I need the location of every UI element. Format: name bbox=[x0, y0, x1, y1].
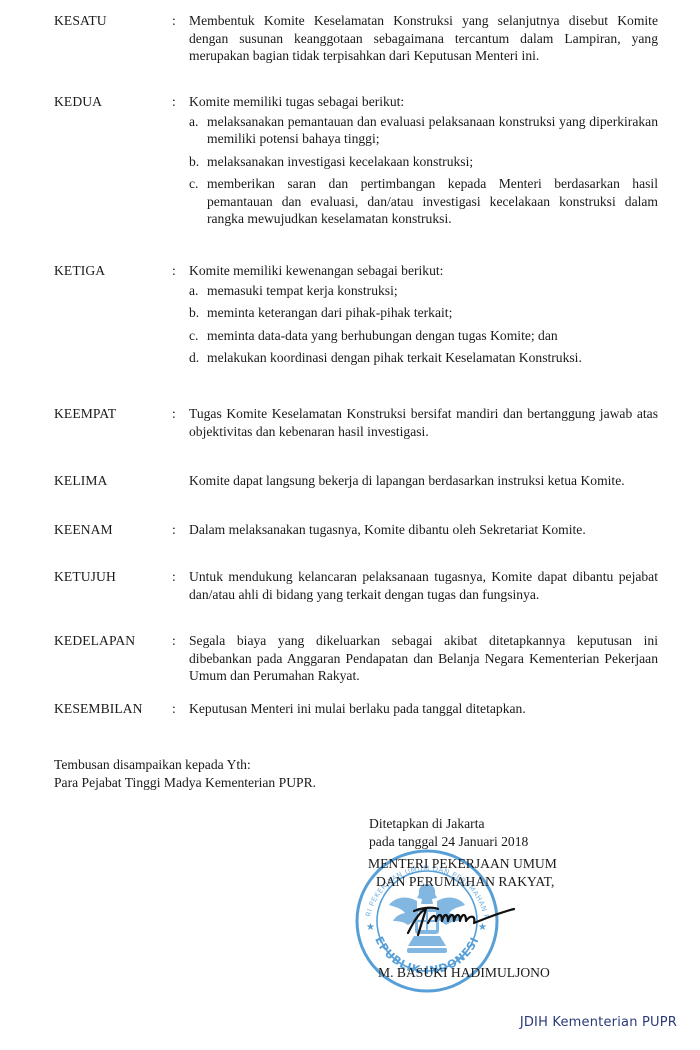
signatory-title-line2: DAN PERUMAHAN RAKYAT, bbox=[376, 873, 554, 891]
list-item-text: melaksanakan investigasi kecelakaan kons… bbox=[207, 154, 473, 169]
article-text: Untuk mendukung kelancaran pelaksanaan t… bbox=[189, 568, 658, 603]
article-body: Untuk mendukung kelancaran pelaksanaan t… bbox=[189, 568, 658, 603]
article-body: Membentuk Komite Keselamatan Konstruksi … bbox=[189, 12, 658, 65]
article-label: KETUJUH bbox=[54, 568, 164, 586]
article-colon: : bbox=[172, 568, 182, 586]
article-text: Komite dapat langsung bekerja di lapanga… bbox=[189, 472, 658, 490]
list-item: a.memasuki tempat kerja konstruksi; bbox=[189, 282, 658, 300]
article-body: Komite memiliki tugas sebagai berikut:a.… bbox=[189, 93, 658, 233]
article-colon: : bbox=[172, 93, 182, 111]
list-marker: c. bbox=[189, 327, 198, 345]
list-item-text: memberikan saran dan pertimbangan kepada… bbox=[207, 176, 658, 226]
signatory-title-line1: MENTERI PEKERJAAN UMUM bbox=[368, 855, 557, 873]
article-body: Dalam melaksanakan tugasnya, Komite diba… bbox=[189, 521, 658, 539]
list-item: b.meminta keterangan dari pihak-pihak te… bbox=[189, 304, 658, 322]
place-of-enactment: Ditetapkan di Jakarta bbox=[369, 815, 485, 833]
article-label: KELIMA bbox=[54, 472, 164, 490]
article-text: Segala biaya yang dikeluarkan sebagai ak… bbox=[189, 632, 658, 685]
signatory-name: M. BASUKI HADIMULJONO bbox=[378, 964, 550, 982]
list-item: c.memberikan saran dan pertimbangan kepa… bbox=[189, 175, 658, 228]
list-marker: b. bbox=[189, 153, 199, 171]
article-label: KEENAM bbox=[54, 521, 164, 539]
tembusan-recipient: Para Pejabat Tinggi Madya Kementerian PU… bbox=[54, 774, 316, 792]
article-text: Komite memiliki kewenangan sebagai berik… bbox=[189, 262, 658, 280]
article-colon: : bbox=[172, 405, 182, 423]
article-text: Tugas Komite Keselamatan Konstruksi bers… bbox=[189, 405, 658, 440]
article-text: Dalam melaksanakan tugasnya, Komite diba… bbox=[189, 521, 658, 539]
article-body: Komite dapat langsung bekerja di lapanga… bbox=[189, 472, 658, 490]
article-colon: : bbox=[172, 521, 182, 539]
list-marker: b. bbox=[189, 304, 199, 322]
article-items: a.melaksanakan pemantauan dan evaluasi p… bbox=[189, 113, 658, 228]
list-item-text: memasuki tempat kerja konstruksi; bbox=[207, 283, 398, 298]
list-item-text: melakukan koordinasi dengan pihak terkai… bbox=[207, 350, 582, 365]
tembusan-heading: Tembusan disampaikan kepada Yth: bbox=[54, 756, 251, 774]
article-colon: : bbox=[172, 632, 182, 650]
article-body: Tugas Komite Keselamatan Konstruksi bers… bbox=[189, 405, 658, 440]
svg-text:★: ★ bbox=[366, 922, 375, 933]
list-item-text: meminta keterangan dari pihak-pihak terk… bbox=[207, 305, 452, 320]
article-items: a.memasuki tempat kerja konstruksi;b.mem… bbox=[189, 282, 658, 367]
article-body: Keputusan Menteri ini mulai berlaku pada… bbox=[189, 700, 658, 718]
article-text: Komite memiliki tugas sebagai berikut: bbox=[189, 93, 658, 111]
article-text: Membentuk Komite Keselamatan Konstruksi … bbox=[189, 12, 658, 65]
article-colon: : bbox=[172, 700, 182, 718]
article-colon: : bbox=[172, 262, 182, 280]
list-marker: d. bbox=[189, 349, 199, 367]
article-label: KESEMBILAN bbox=[54, 700, 164, 718]
article-body: Komite memiliki kewenangan sebagai berik… bbox=[189, 262, 658, 372]
document-page: KESATU:Membentuk Komite Keselamatan Kons… bbox=[0, 0, 700, 1050]
article-label: KESATU bbox=[54, 12, 164, 30]
article-colon: : bbox=[172, 12, 182, 30]
list-item: c.meminta data-data yang berhubungan den… bbox=[189, 327, 658, 345]
list-item: a.melaksanakan pemantauan dan evaluasi p… bbox=[189, 113, 658, 148]
list-item: d.melakukan koordinasi dengan pihak terk… bbox=[189, 349, 658, 367]
article-body: Segala biaya yang dikeluarkan sebagai ak… bbox=[189, 632, 658, 685]
list-item-text: melaksanakan pemantauan dan evaluasi pel… bbox=[207, 114, 658, 147]
article-label: KEDUA bbox=[54, 93, 164, 111]
footer-source: JDIH Kementerian PUPR bbox=[520, 1015, 677, 1030]
article-label: KEEMPAT bbox=[54, 405, 164, 423]
signature-icon bbox=[404, 903, 544, 939]
article-label: KETIGA bbox=[54, 262, 164, 280]
list-marker: a. bbox=[189, 282, 198, 300]
article-label: KEDELAPAN bbox=[54, 632, 164, 650]
article-text: Keputusan Menteri ini mulai berlaku pada… bbox=[189, 700, 658, 718]
list-marker: c. bbox=[189, 175, 198, 193]
list-marker: a. bbox=[189, 113, 198, 131]
list-item-text: meminta data-data yang berhubungan denga… bbox=[207, 328, 558, 343]
list-item: b.melaksanakan investigasi kecelakaan ko… bbox=[189, 153, 658, 171]
